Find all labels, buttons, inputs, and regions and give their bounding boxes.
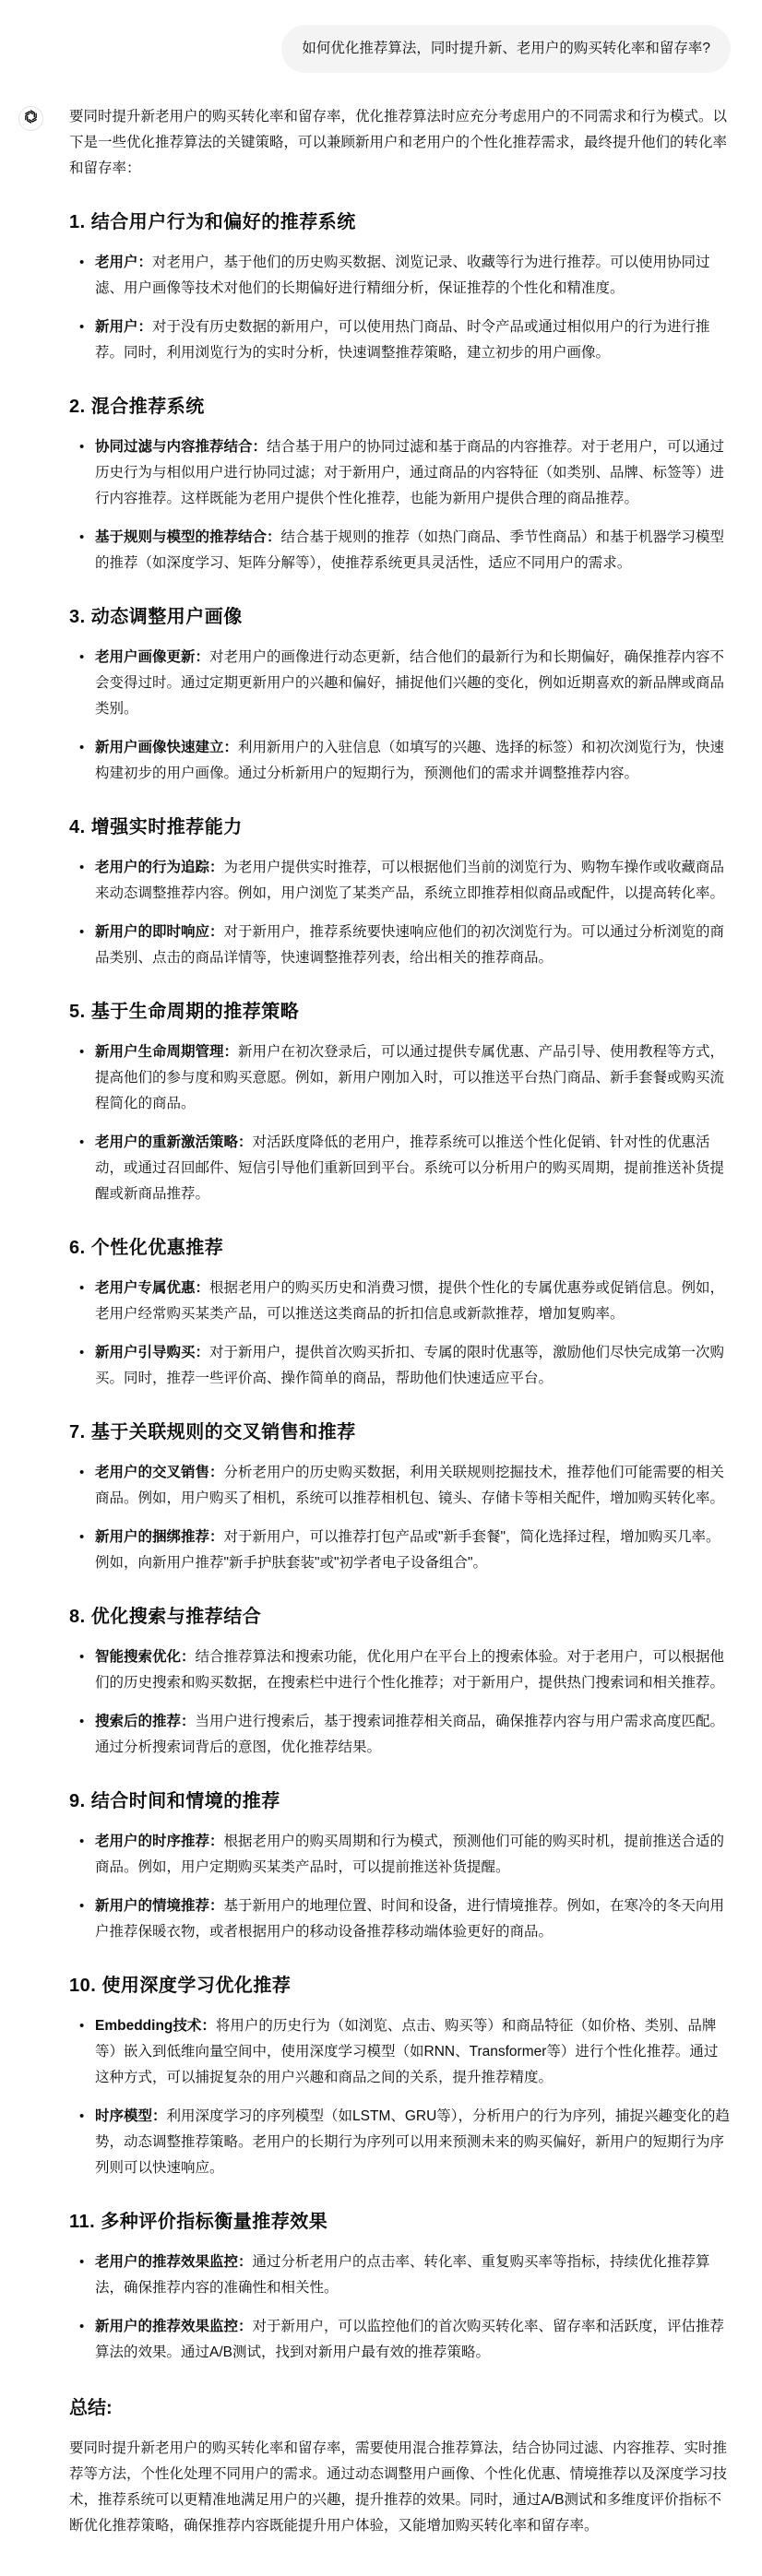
section-title: 9. 结合时间和情境的推荐 <box>69 1788 731 1814</box>
bullet-item: •老用户画像更新：对老用户的画像进行动态更新，结合他们的最新行为和长期偏好，确保… <box>69 645 731 722</box>
recommendation-section: 10. 使用深度学习优化推荐 •Embedding技术：将用户的历史行为（如浏览… <box>69 1973 731 2181</box>
recommendation-section: 3. 动态调整用户画像 •老用户画像更新：对老用户的画像进行动态更新，结合他们的… <box>69 604 731 787</box>
recommendation-section: 6. 个性化优惠推荐 •老用户专属优惠：根据老用户的购买历史和消费习惯，提供个性… <box>69 1235 731 1392</box>
bullet-dot-icon: • <box>79 2314 84 2340</box>
bullet-label: 新用户生命周期管理： <box>95 1044 238 1060</box>
bullet-label: Embedding技术： <box>95 2018 216 2034</box>
recommendation-section: 4. 增强实时推荐能力 •老用户的行为追踪：为老用户提供实时推荐，可以根据他们当… <box>69 814 731 971</box>
bullet-item: •老用户的重新激活策略：对活跃度降低的老用户，推荐系统可以推送个性化促销、针对性… <box>69 1130 731 1207</box>
bullet-item: •新用户的情境推荐：基于新用户的地理位置、时间和设备，进行情境推荐。例如，在寒冷… <box>69 1893 731 1945</box>
section-title: 7. 基于关联规则的交叉销售和推荐 <box>69 1419 731 1445</box>
bullet-label: 老用户的推荐效果监控： <box>95 2254 253 2270</box>
bullet-dot-icon: • <box>79 1460 84 1486</box>
bullet-dot-icon: • <box>79 434 84 460</box>
assistant-message-row: 要同时提升新老用户的购买转化率和留存率，优化推荐算法时应充分考虑用户的不同需求和… <box>69 104 731 2539</box>
bullet-item: •新用户的即时响应：对于新用户，推荐系统要快速响应他们的初次浏览行为。可以通过分… <box>69 920 731 971</box>
bullet-dot-icon: • <box>79 1829 84 1855</box>
assistant-message-body: 要同时提升新老用户的购买转化率和留存率，优化推荐算法时应充分考虑用户的不同需求和… <box>69 104 731 2539</box>
section-bullets: •Embedding技术：将用户的历史行为（如浏览、点击、购买等）和商品特征（如… <box>69 2013 731 2181</box>
bullet-label: 搜索后的推荐： <box>95 1714 196 1729</box>
section-title: 1. 结合用户行为和偏好的推荐系统 <box>69 209 731 235</box>
bullet-item: •Embedding技术：将用户的历史行为（如浏览、点击、购买等）和商品特征（如… <box>69 2013 731 2091</box>
bullet-item: •老用户专属优惠：根据老用户的购买历史和消费习惯，提供个性化的专属优惠券或促销信… <box>69 1276 731 1327</box>
bullet-label: 新用户画像快速建立： <box>95 740 238 755</box>
bullet-item: •智能搜索优化：结合推荐算法和搜索功能，优化用户在平台上的搜索体验。对于老用户，… <box>69 1644 731 1696</box>
bullet-dot-icon: • <box>79 525 84 551</box>
recommendation-section: 7. 基于关联规则的交叉销售和推荐 •老用户的交叉销售：分析老用户的历史购买数据… <box>69 1419 731 1576</box>
recommendation-section: 2. 混合推荐系统 •协同过滤与内容推荐结合：结合基于用户的协同过滤和基于商品的… <box>69 394 731 576</box>
bullet-label: 老用户的交叉销售： <box>95 1465 224 1480</box>
section-bullets: •老用户的交叉销售：分析老用户的历史购买数据，利用关联规则挖掘技术，推荐他们可能… <box>69 1460 731 1576</box>
recommendation-section: 5. 基于生命周期的推荐策略 •新用户生命周期管理：新用户在初次登录后，可以通过… <box>69 999 731 1207</box>
section-bullets: •协同过滤与内容推荐结合：结合基于用户的协同过滤和基于商品的内容推荐。对于老用户… <box>69 434 731 576</box>
bullet-dot-icon: • <box>79 735 84 761</box>
bullet-label: 新用户的推荐效果监控： <box>95 2319 253 2334</box>
bullet-dot-icon: • <box>79 2013 84 2039</box>
bullet-dot-icon: • <box>79 1709 84 1735</box>
avatar <box>18 106 43 131</box>
bullet-item: •老用户的推荐效果监控：通过分析老用户的点击率、转化率、重复购买率等指标，持续优… <box>69 2250 731 2301</box>
section-bullets: •老用户的行为追踪：为老用户提供实时推荐，可以根据他们当前的浏览行为、购物车操作… <box>69 855 731 971</box>
bullet-dot-icon: • <box>79 1276 84 1301</box>
section-title: 2. 混合推荐系统 <box>69 394 731 420</box>
bullet-text: 对于没有历史数据的新用户，可以使用热门商品、时令产品或通过相似用户的行为进行推荐… <box>95 319 710 361</box>
section-bullets: •老用户专属优惠：根据老用户的购买历史和消费习惯，提供个性化的专属优惠券或促销信… <box>69 1276 731 1392</box>
section-bullets: •智能搜索优化：结合推荐算法和搜索功能，优化用户在平台上的搜索体验。对于老用户，… <box>69 1644 731 1761</box>
bullet-item: •老用户的交叉销售：分析老用户的历史购买数据，利用关联规则挖掘技术，推荐他们可能… <box>69 1460 731 1512</box>
bullet-item: •老用户的行为追踪：为老用户提供实时推荐，可以根据他们当前的浏览行为、购物车操作… <box>69 855 731 907</box>
recommendation-section: 8. 优化搜索与推荐结合 •智能搜索优化：结合推荐算法和搜索功能，优化用户在平台… <box>69 1604 731 1761</box>
bullet-item: •新用户的捆绑推荐：对于新用户，可以推荐打包产品或"新手套餐"，简化选择过程，增… <box>69 1525 731 1576</box>
bullet-label: 新用户的即时响应： <box>95 924 224 940</box>
bullet-label: 老用户的行为追踪： <box>95 860 224 875</box>
recommendation-section: 1. 结合用户行为和偏好的推荐系统 •老用户：对老用户，基于他们的历史购买数据、… <box>69 209 731 366</box>
bullet-item: •新用户画像快速建立：利用新用户的入驻信息（如填写的兴趣、选择的标签）和初次浏览… <box>69 735 731 787</box>
recommendation-section: 11. 多种评价指标衡量推荐效果 •老用户的推荐效果监控：通过分析老用户的点击率… <box>69 2209 731 2366</box>
sections: 1. 结合用户行为和偏好的推荐系统 •老用户：对老用户，基于他们的历史购买数据、… <box>69 209 731 2366</box>
bullet-dot-icon: • <box>79 645 84 671</box>
section-title: 3. 动态调整用户画像 <box>69 604 731 630</box>
section-bullets: •老用户的时序推荐：根据老用户的购买周期和行为模式，预测他们可能的购买时机，提前… <box>69 1829 731 1945</box>
bullet-item: •时序模型：利用深度学习的序列模型（如LSTM、GRU等），分析用户的行为序列，… <box>69 2104 731 2181</box>
bullet-label: 时序模型： <box>95 2108 167 2124</box>
bullet-item: •基于规则与模型的推荐结合：结合基于规则的推荐（如热门商品、季节性商品）和基于机… <box>69 525 731 576</box>
openai-logo-icon <box>23 109 39 129</box>
bullet-item: •新用户引导购买：对于新用户，提供首次购买折扣、专属的限时优惠等，激励他们尽快完… <box>69 1340 731 1392</box>
bullet-text: 对老用户，基于他们的历史购买数据、浏览记录、收藏等行为进行推荐。可以使用协同过滤… <box>95 255 710 296</box>
bullet-item: •老用户的时序推荐：根据老用户的购买周期和行为模式，预测他们可能的购买时机，提前… <box>69 1829 731 1881</box>
section-bullets: •老用户：对老用户，基于他们的历史购买数据、浏览记录、收藏等行为进行推荐。可以使… <box>69 250 731 366</box>
summary-paragraph: 要同时提升新老用户的购买转化率和留存率，需要使用混合推荐算法，结合协同过滤、内容… <box>69 2436 731 2539</box>
bullet-label: 老用户专属优惠： <box>95 1280 209 1296</box>
section-title: 5. 基于生命周期的推荐策略 <box>69 999 731 1025</box>
bullet-dot-icon: • <box>79 315 84 340</box>
bullet-dot-icon: • <box>79 1893 84 1919</box>
bullet-dot-icon: • <box>79 250 84 276</box>
bullet-label: 新用户的情境推荐： <box>95 1898 224 1914</box>
section-bullets: •老用户画像更新：对老用户的画像进行动态更新，结合他们的最新行为和长期偏好，确保… <box>69 645 731 787</box>
bullet-label: 老用户： <box>95 255 152 270</box>
bullet-dot-icon: • <box>79 920 84 945</box>
bullet-item: •协同过滤与内容推荐结合：结合基于用户的协同过滤和基于商品的内容推荐。对于老用户… <box>69 434 731 512</box>
bullet-dot-icon: • <box>79 1039 84 1065</box>
summary-title: 总结: <box>69 2395 731 2421</box>
recommendation-section: 9. 结合时间和情境的推荐 •老用户的时序推荐：根据老用户的购买周期和行为模式，… <box>69 1788 731 1945</box>
bullet-text: 利用深度学习的序列模型（如LSTM、GRU等），分析用户的行为序列，捕捉兴趣变化… <box>95 2108 730 2176</box>
bullet-label: 协同过滤与内容推荐结合： <box>95 439 267 455</box>
bullet-item: •老用户：对老用户，基于他们的历史购买数据、浏览记录、收藏等行为进行推荐。可以使… <box>69 250 731 302</box>
bullet-label: 智能搜索优化： <box>95 1649 196 1665</box>
bullet-item: •搜索后的推荐：当用户进行搜索后，基于搜索词推荐相关商品，确保推荐内容与用户需求… <box>69 1709 731 1761</box>
user-message-row: 如何优化推荐算法，同时提升新、老用户的购买转化率和留存率? <box>69 25 731 73</box>
user-message-bubble: 如何优化推荐算法，同时提升新、老用户的购买转化率和留存率? <box>281 25 731 73</box>
section-title: 8. 优化搜索与推荐结合 <box>69 1604 731 1630</box>
bullet-label: 新用户： <box>95 319 152 335</box>
section-title: 11. 多种评价指标衡量推荐效果 <box>69 2209 731 2235</box>
section-bullets: •新用户生命周期管理：新用户在初次登录后，可以通过提供专属优惠、产品引导、使用教… <box>69 1039 731 1207</box>
bullet-dot-icon: • <box>79 1525 84 1550</box>
bullet-label: 老用户的重新激活策略： <box>95 1134 253 1150</box>
bullet-dot-icon: • <box>79 2250 84 2275</box>
bullet-label: 新用户的捆绑推荐： <box>95 1529 224 1545</box>
bullet-label: 老用户画像更新： <box>95 649 209 665</box>
bullet-dot-icon: • <box>79 1340 84 1366</box>
bullet-item: •新用户生命周期管理：新用户在初次登录后，可以通过提供专属优惠、产品引导、使用教… <box>69 1039 731 1117</box>
bullet-dot-icon: • <box>79 855 84 881</box>
section-bullets: •老用户的推荐效果监控：通过分析老用户的点击率、转化率、重复购买率等指标，持续优… <box>69 2250 731 2366</box>
bullet-item: •新用户：对于没有历史数据的新用户，可以使用热门商品、时令产品或通过相似用户的行… <box>69 315 731 366</box>
bullet-label: 老用户的时序推荐： <box>95 1834 224 1849</box>
bullet-dot-icon: • <box>79 1644 84 1670</box>
intro-paragraph: 要同时提升新老用户的购买转化率和留存率，优化推荐算法时应充分考虑用户的不同需求和… <box>69 104 731 182</box>
section-title: 4. 增强实时推荐能力 <box>69 814 731 840</box>
bullet-dot-icon: • <box>79 1130 84 1156</box>
section-title: 6. 个性化优惠推荐 <box>69 1235 731 1261</box>
bullet-label: 基于规则与模型的推荐结合： <box>95 529 281 545</box>
section-title: 10. 使用深度学习优化推荐 <box>69 1973 731 1999</box>
bullet-item: •新用户的推荐效果监控：对于新用户，可以监控他们的首次购买转化率、留存率和活跃度… <box>69 2314 731 2366</box>
bullet-label: 新用户引导购买： <box>95 1345 209 1360</box>
bullet-dot-icon: • <box>79 2104 84 2130</box>
chat-page: 如何优化推荐算法，同时提升新、老用户的购买转化率和留存率? 要同时提升 <box>0 0 762 2576</box>
